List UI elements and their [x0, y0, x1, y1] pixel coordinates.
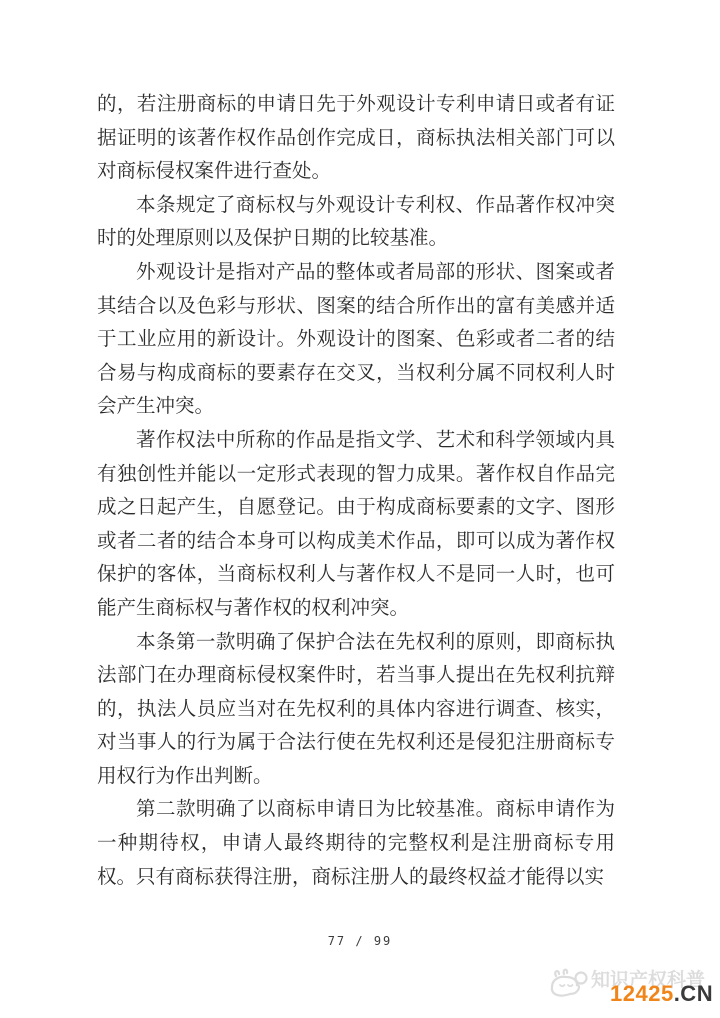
document-screenshot: { "document": { "language": "zh-CN", "pa…: [0, 0, 720, 1018]
watermark-site-number: 12425: [610, 981, 674, 1006]
watermark-site-tld: .CN: [674, 981, 713, 1006]
paragraph: 本条规定了商标权与外观设计专利权、作品著作权冲突时的处理原则以及保护日期的比较基…: [97, 189, 615, 256]
watermark: 知识产权科普 12425.CN: [548, 960, 716, 1016]
paragraph: 的，若注册商标的申请日先于外观设计专利申请日或者有证据证明的该著作权作品创作完成…: [97, 88, 615, 189]
page-number-indicator: 77 / 99: [0, 934, 720, 948]
paragraph: 本条第一款明确了保护合法在先权利的原则，即商标执法部门在办理商标侵权案件时，若当…: [97, 626, 615, 794]
watermark-site-url: 12425.CN: [610, 982, 713, 1006]
document-page: 的，若注册商标的申请日先于外观设计专利申请日或者有证据证明的该著作权作品创作完成…: [0, 0, 720, 1018]
chat-bubbles-icon: [548, 968, 588, 1009]
paragraph: 著作权法中所称的作品是指文学、艺术和科学领域内具有独创性并能以一定形式表现的智力…: [97, 424, 615, 626]
paragraph: 第二款明确了以商标申请日为比较基准。商标申请作为一种期待权，申请人最终期待的完整…: [97, 793, 615, 894]
paragraph: 外观设计是指对产品的整体或者局部的形状、图案或者其结合以及色彩与形状、图案的结合…: [97, 256, 615, 424]
document-body: 的，若注册商标的申请日先于外观设计专利申请日或者有证据证明的该著作权作品创作完成…: [97, 88, 615, 894]
